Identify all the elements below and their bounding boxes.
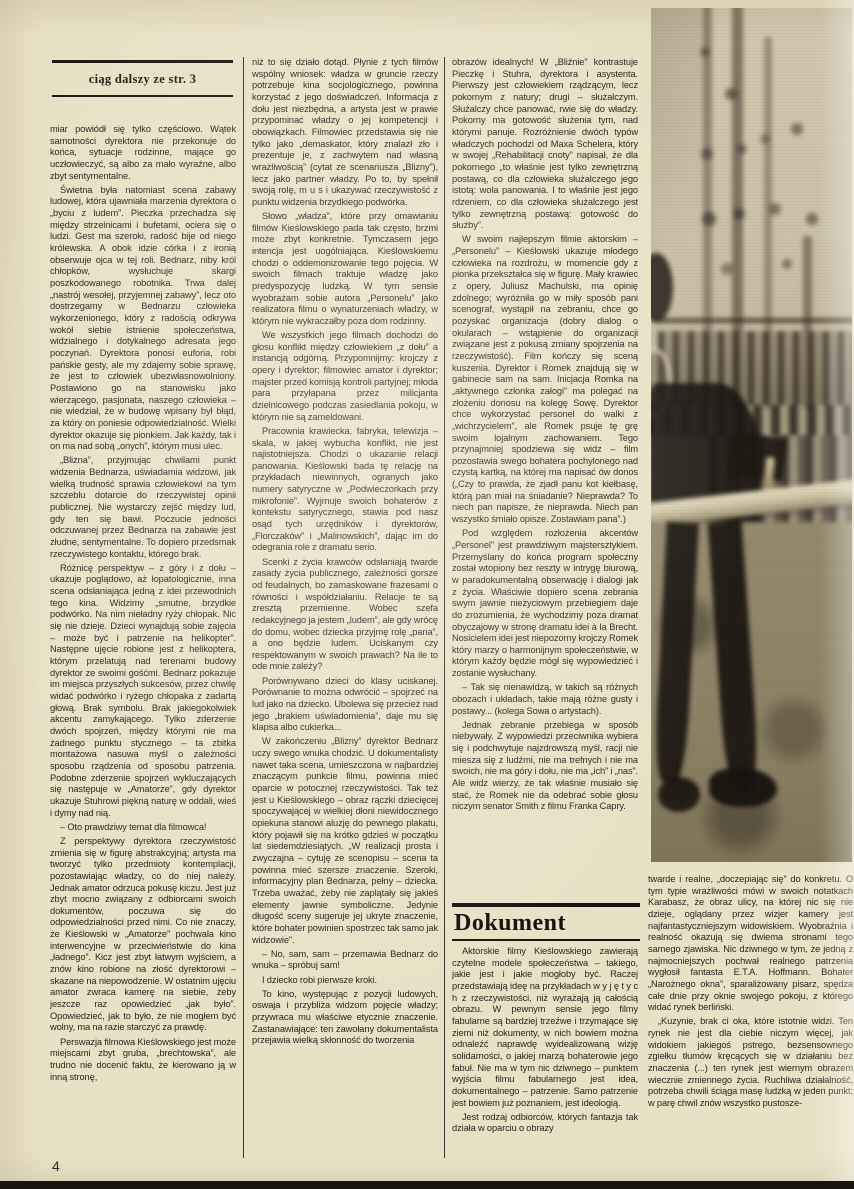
text-column-2: niż to się działo dotąd. Płynie z tych f… [252, 57, 438, 1158]
body-paragraph: „Kuzynie, brak ci oka, które istotnie wi… [648, 1016, 853, 1109]
body-paragraph: obrazów idealnych! W „Bliźnie” kontrastu… [452, 57, 638, 232]
section-heading: Dokument [452, 907, 640, 938]
body-paragraph: – Oto prawdziwy temat dla filmowca! [50, 822, 236, 834]
rule-bottom [452, 939, 640, 941]
body-paragraph: We wszystkich jego filmach dochodzi do g… [252, 330, 438, 423]
body-paragraph: Świetna była natomiast scena zabawy ludo… [50, 185, 236, 453]
body-paragraph: Pracownia krawiecka, fabryka, telewizja … [252, 426, 438, 554]
body-paragraph: W swoim najlepszym filmie aktorskim – „P… [452, 234, 638, 525]
film-still-photo [651, 8, 852, 862]
body-paragraph: To kino, występując z pozycji ludowych, … [252, 989, 438, 1047]
rule-bottom [52, 95, 233, 97]
body-paragraph: Słowo „władza”, które przy omawianiu fil… [252, 211, 438, 328]
section-heading-block: Dokument [452, 903, 640, 941]
body-paragraph: Aktorskie filmy Kieślowskiego zawierają … [452, 946, 638, 1109]
column-divider [243, 57, 244, 1158]
body-paragraph: Pod względem rozłożenia akcentów „Person… [452, 528, 638, 680]
page-number: 4 [52, 1158, 60, 1174]
body-paragraph: „Blizna”, przyjmując chwilami punkt widz… [50, 455, 236, 560]
column-divider [444, 57, 445, 1158]
text-column-1: miar powiódł się tylko częściowo. Wątek … [50, 124, 236, 1159]
body-paragraph: – No, sam, sam – przemawia Bednarz do wn… [252, 949, 438, 972]
continuation-box: ciąg dalszy ze str. 3 [52, 60, 233, 97]
body-paragraph: I dziecko robi pierwsze kroki. [252, 975, 438, 987]
photo-grain-overlay [651, 8, 852, 862]
body-paragraph: Z perspektywy dyrektora rzeczywistość zm… [50, 836, 236, 1034]
body-paragraph: niż to się działo dotąd. Płynie z tych f… [252, 57, 438, 209]
body-paragraph: miar powiódł się tylko częściowo. Wątek … [50, 124, 236, 182]
body-paragraph: W zakończeniu „Blizny” dyrektor Bednarz … [252, 736, 438, 946]
continuation-note: ciąg dalszy ze str. 3 [52, 63, 233, 95]
body-paragraph: Jednak zebranie przebiega w sposób nieby… [452, 720, 638, 813]
body-paragraph: Porównywano dzieci do klasy uciskanej. P… [252, 676, 438, 734]
text-column-3-lower: Aktorskie filmy Kieślowskiego zawierają … [452, 946, 638, 1158]
body-paragraph: – Tak się nienawidzą, w takich są różnyc… [452, 682, 638, 717]
body-paragraph: Różnicę perspektyw – z góry i z dołu – u… [50, 563, 236, 819]
text-column-under-photo: twarde i realne, „doczepiając się” do ko… [648, 874, 853, 1160]
body-paragraph: Perswazja filmowa Kieślowskiego jest moż… [50, 1037, 236, 1084]
body-paragraph: Scenki z życia krawców odsłaniają twarde… [252, 557, 438, 674]
text-column-3-upper: obrazów idealnych! W „Bliźnie” kontrastu… [452, 57, 638, 903]
magazine-page: { "page": { "number": "4", "continuation… [0, 0, 854, 1189]
scan-bottom-edge [0, 1181, 854, 1189]
body-paragraph: Jest rodzaj odbiorców, których fantazja … [452, 1112, 638, 1135]
body-paragraph: twarde i realne, „doczepiając się” do ko… [648, 874, 853, 1014]
